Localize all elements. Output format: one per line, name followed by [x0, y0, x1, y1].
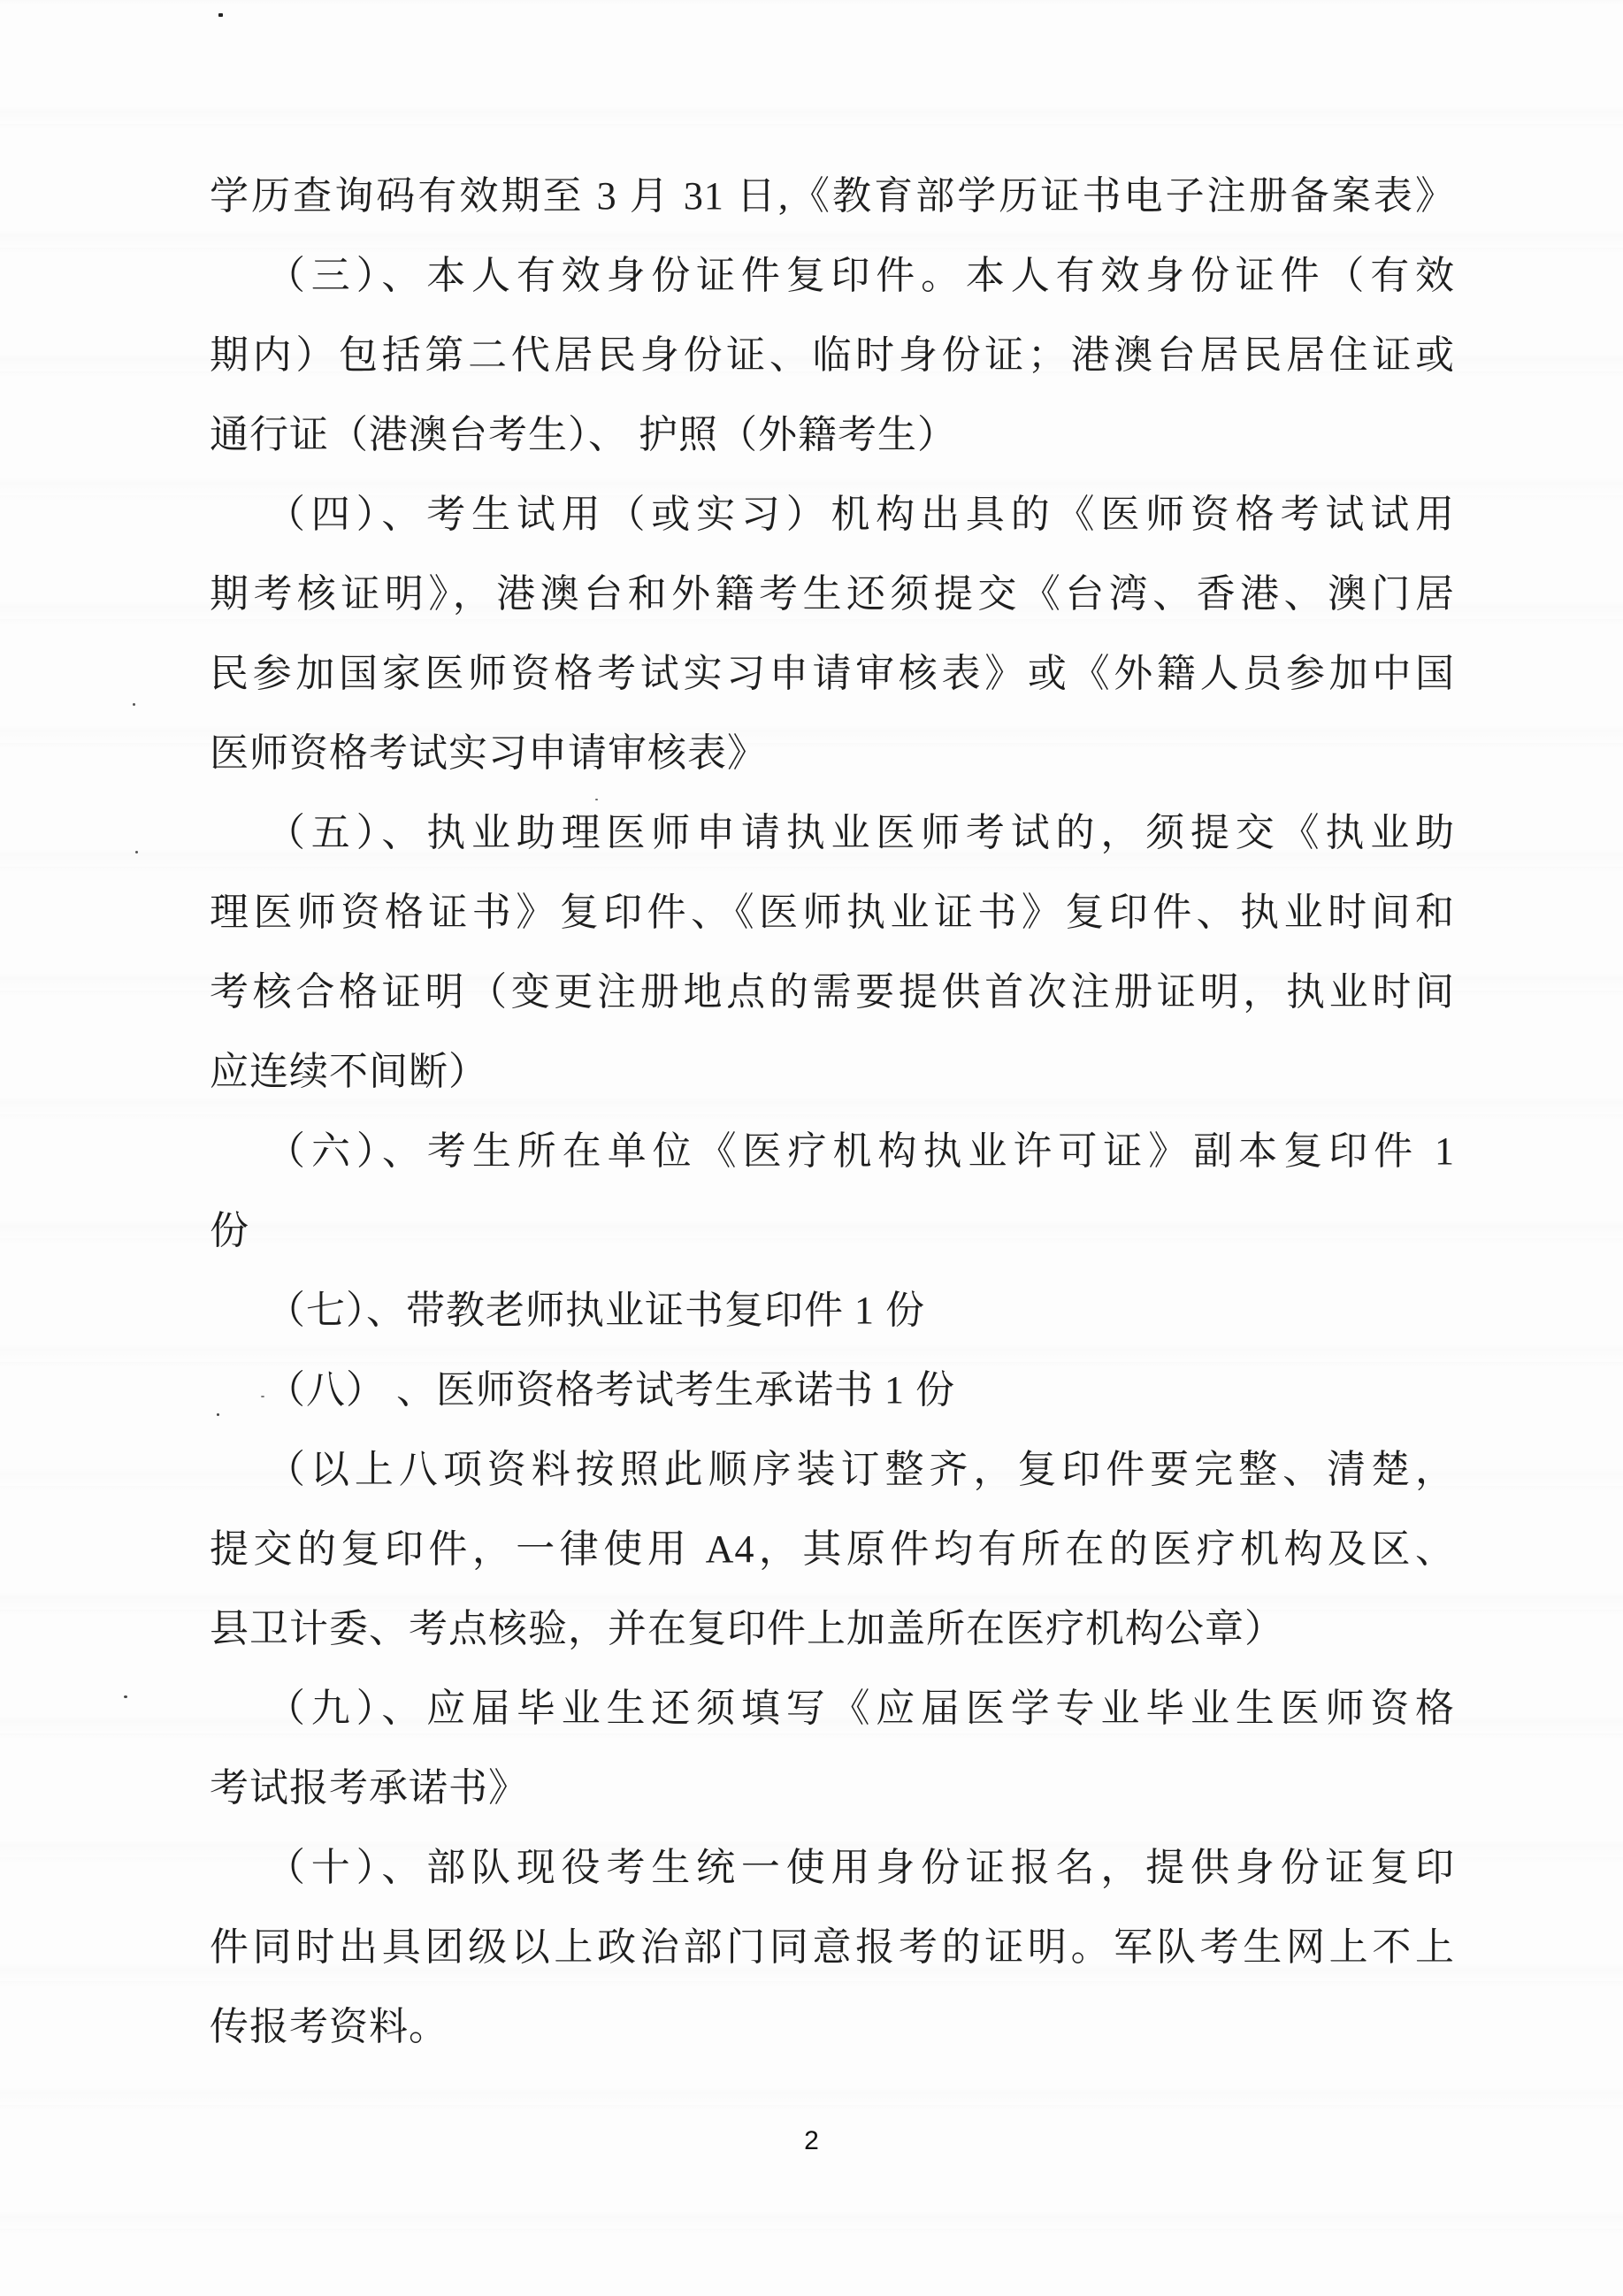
scan-speck: [133, 703, 135, 706]
page-number: 2: [0, 2126, 1623, 2156]
text-line: 考试报考承诺书》: [210, 1749, 1455, 1828]
text-line: （以上八项资料按照此顺序装订整齐，复印件要完整、清楚，: [210, 1430, 1455, 1510]
text-line: （十）、部队现役考生统一使用身份证报名，提供身份证复印: [210, 1828, 1455, 1908]
text-line: 通行证（港澳台考生）、 护照（外籍考生）: [210, 395, 1455, 475]
text-line: （九）、应届毕业生还须填写《应届医学专业毕业生医师资格: [210, 1669, 1455, 1749]
text-line: 民参加国家医师资格考试实习申请审核表》或《外籍人员参加中国: [210, 634, 1455, 714]
text-line: 传报考资料。: [210, 1987, 1455, 2067]
text-line: （八） 、医师资格考试考生承诺书 1 份: [210, 1351, 1455, 1430]
text-line: 期考核证明》，港澳台和外籍考生还须提交《台湾、香港、澳门居: [210, 555, 1455, 634]
body-text: 学历查询码有效期至 3 月 31 日,《教育部学历证书电子注册备案表》 （三）、…: [210, 157, 1455, 2067]
text-line: 医师资格考试实习申请审核表》: [210, 714, 1455, 793]
text-line: 件同时出具团级以上政治部门同意报考的证明。军队考生网上不上: [210, 1908, 1455, 1987]
text-line: 理医师资格证书》复印件、《医师执业证书》复印件、执业时间和: [210, 873, 1455, 953]
text-line: 县卫计委、考点核验，并在复印件上加盖所在医疗机构公章）: [210, 1589, 1455, 1669]
text-line: 份: [210, 1191, 1455, 1271]
scan-speck: [124, 1695, 127, 1698]
text-line: （四）、考生试用（或实习）机构出具的《医师资格考试试用: [210, 475, 1455, 555]
text-line: （七）、带教老师执业证书复印件 1 份: [210, 1271, 1455, 1351]
text-line: （六）、考生所在单位《医疗机构执业许可证》副本复印件 1: [210, 1112, 1455, 1191]
text-line: 考核合格证明（变更注册地点的需要提供首次注册证明，执业时间: [210, 953, 1455, 1032]
text-line: （五）、执业助理医师申请执业医师考试的，须提交《执业助: [210, 793, 1455, 873]
document-page: 学历查询码有效期至 3 月 31 日,《教育部学历证书电子注册备案表》 （三）、…: [0, 0, 1623, 2296]
text-line: 提交的复印件，一律使用 A4，其原件均有所在的医疗机构及区、: [210, 1510, 1455, 1589]
scan-speck: [218, 13, 223, 17]
text-line: 应连续不间断）: [210, 1032, 1455, 1112]
text-line: （三）、本人有效身份证件复印件。本人有效身份证件（有效: [210, 236, 1455, 316]
text-line: 学历查询码有效期至 3 月 31 日,《教育部学历证书电子注册备案表》: [210, 157, 1455, 236]
text-line: 期内）包括第二代居民身份证、临时身份证；港澳台居民居住证或: [210, 316, 1455, 395]
scan-speck: [135, 851, 138, 853]
